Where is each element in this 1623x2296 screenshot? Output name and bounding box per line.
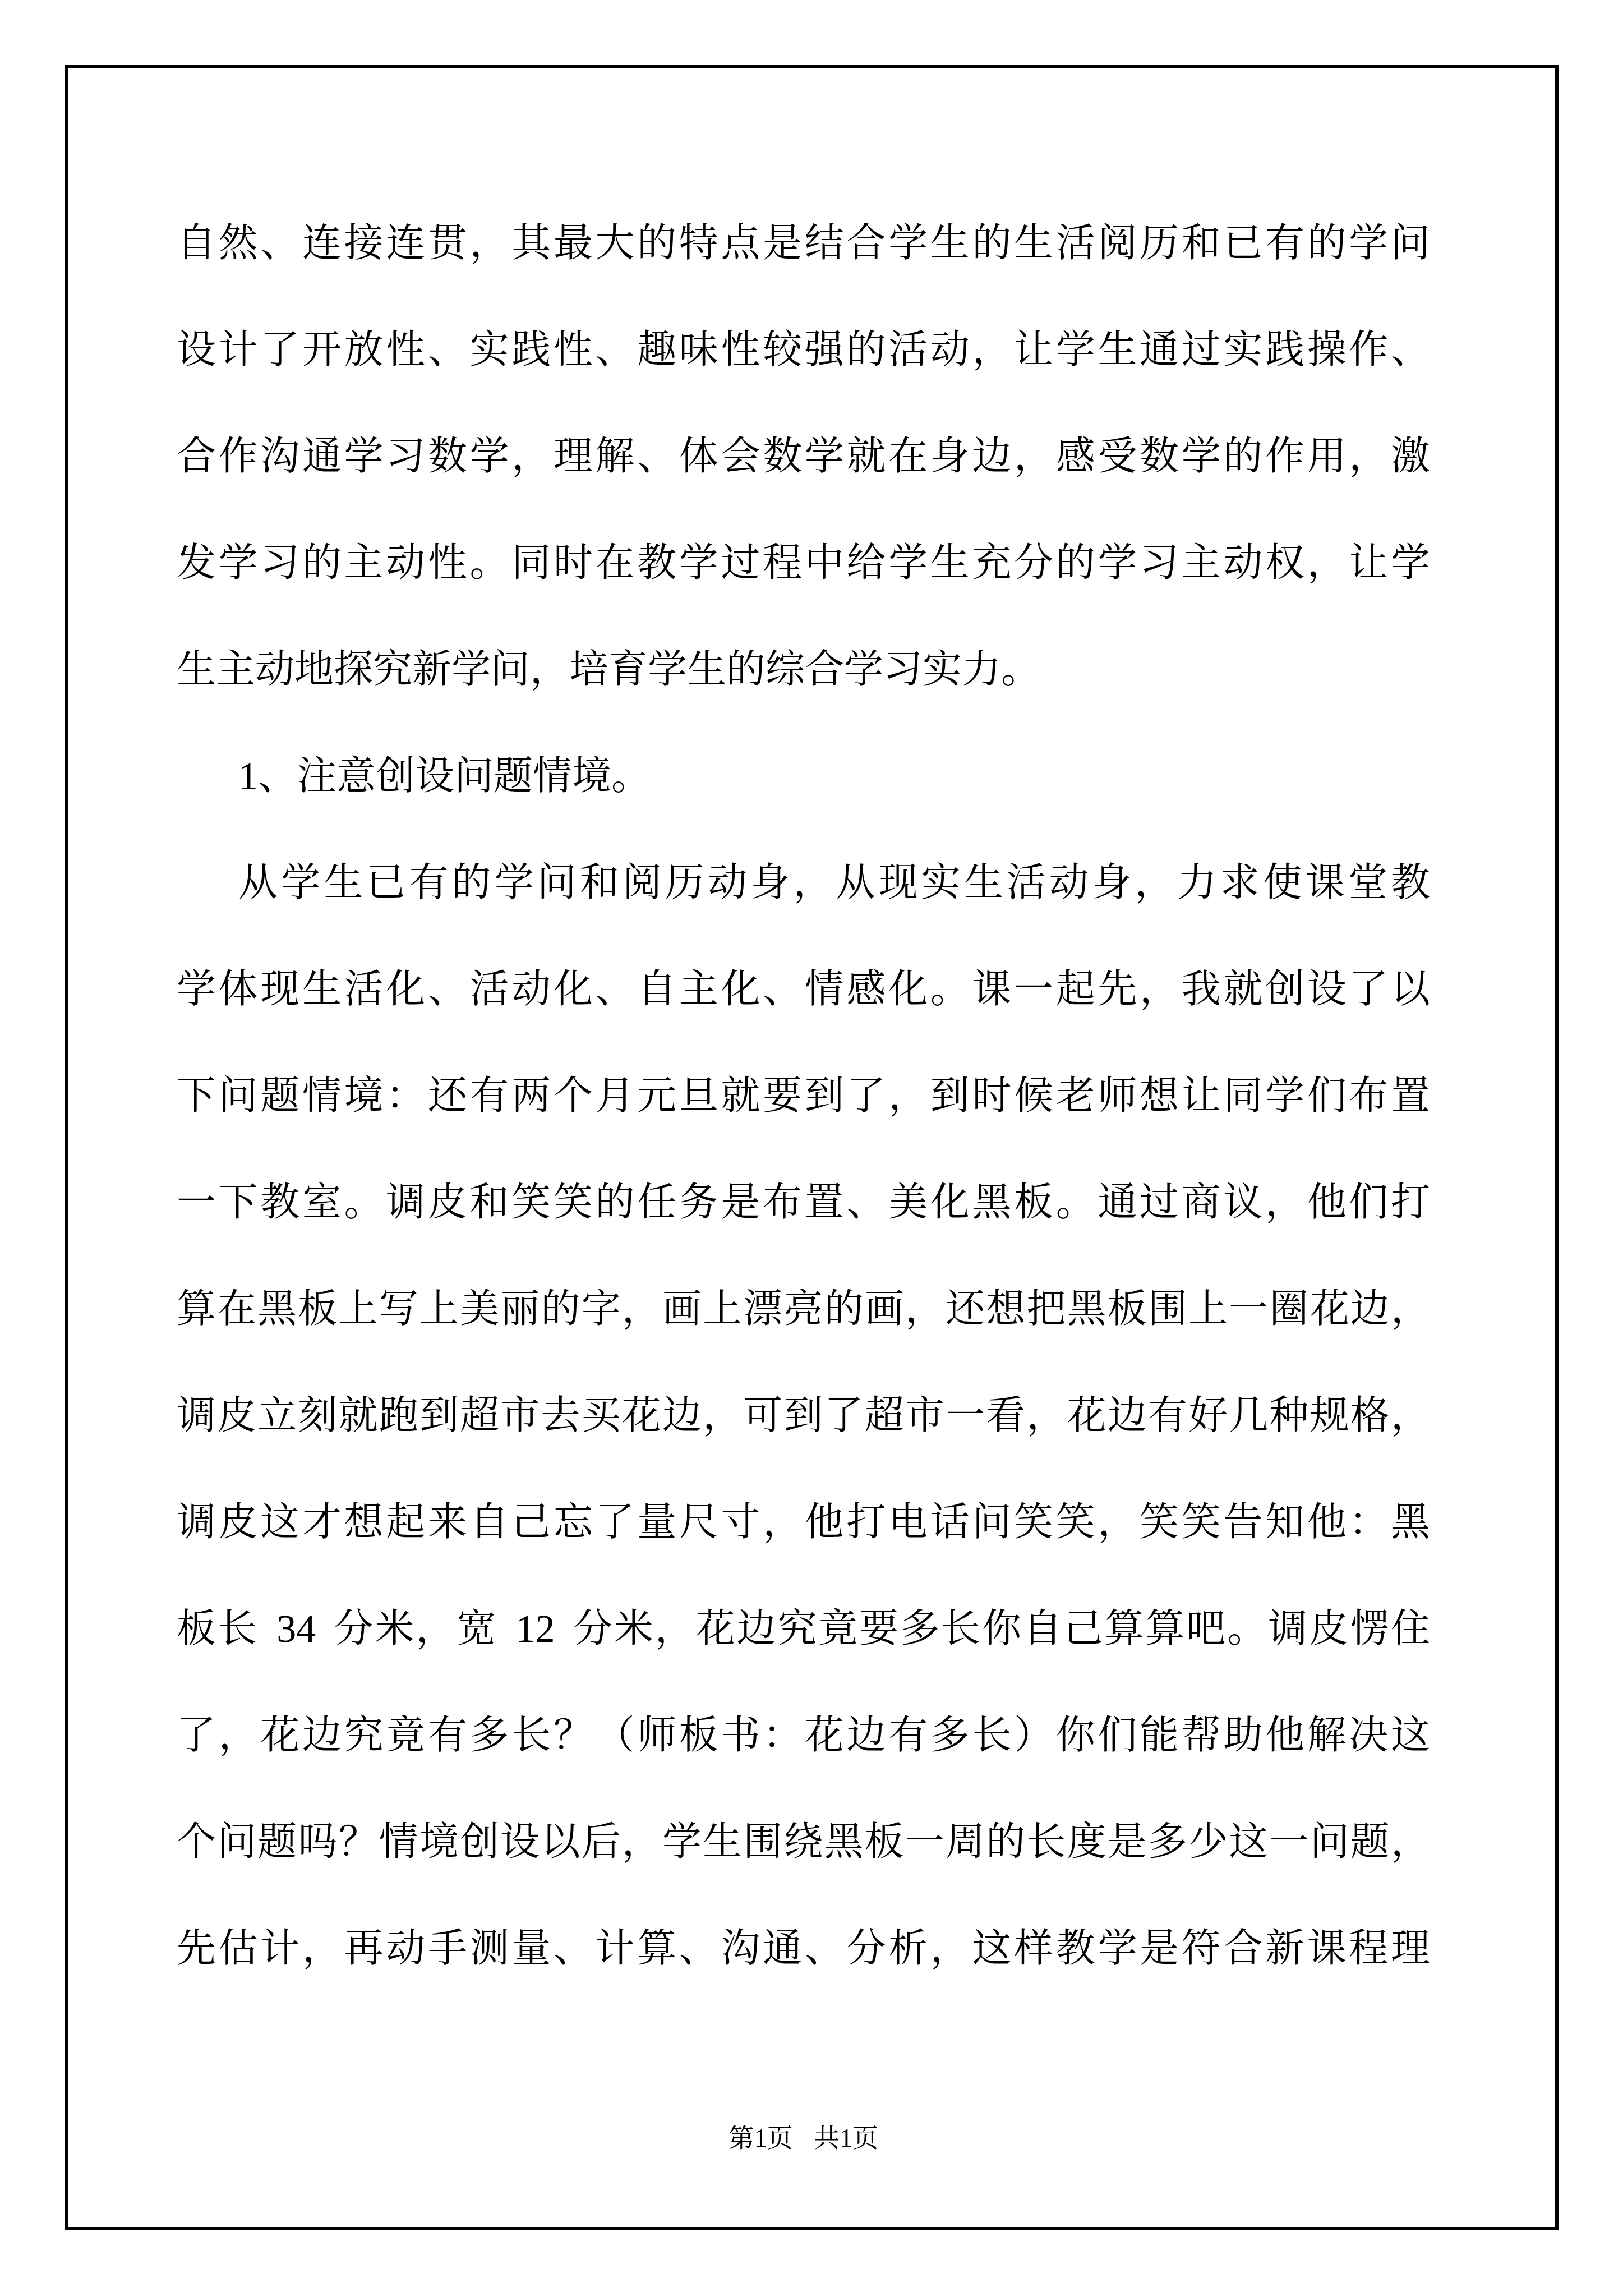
text-line: 个问题吗？情境创设以后，学生围绕黑板一周的长度是多少这一问题，	[177, 1789, 1430, 1896]
text-line: 一下教室。调皮和笑笑的任务是布置、美化黑板。通过商议，他们打	[177, 1150, 1430, 1257]
text-line: 设计了开放性、实践性、趣味性较强的活动，让学生通过实践操作、	[177, 297, 1430, 404]
text-line: 发学习的主动性。同时在教学过程中给学生充分的学习主动权，让学	[177, 510, 1430, 617]
document-body-text: 自然、连接连贯，其最大的特点是结合学生的生活阅历和已有的学问设计了开放性、实践性…	[177, 191, 1430, 2003]
text-line: 先估计，再动手测量、计算、沟通、分析，这样教学是符合新课程理	[177, 1896, 1430, 2003]
text-line: 1、注意创设问题情境。	[177, 724, 1430, 830]
text-line: 算在黑板上写上美丽的字，画上漂亮的画，还想把黑板围上一圈花边，	[177, 1257, 1430, 1363]
text-line: 调皮立刻就跑到超市去买花边，可到了超市一看，花边有好几种规格，	[177, 1363, 1430, 1470]
text-line: 自然、连接连贯，其最大的特点是结合学生的生活阅历和已有的学问	[177, 191, 1430, 297]
text-line: 合作沟通学习数学，理解、体会数学就在身边，感受数学的作用，激	[177, 404, 1430, 510]
page-number-footer: 第1页 共1页	[177, 2122, 1430, 2155]
text-line: 从学生已有的学问和阅历动身，从现实生活动身，力求使课堂教	[177, 830, 1430, 937]
text-line: 生主动地探究新学问，培育学生的综合学习实力。	[177, 617, 1430, 724]
text-line: 板长 34 分米，宽 12 分米，花边究竟要多长你自己算算吧。调皮愣住	[177, 1576, 1430, 1683]
text-line: 下问题情境：还有两个月元旦就要到了，到时候老师想让同学们布置	[177, 1043, 1430, 1150]
text-line: 了，花边究竟有多长？（师板书：花边有多长）你们能帮助他解决这	[177, 1683, 1430, 1789]
text-line: 学体现生活化、活动化、自主化、情感化。课一起先，我就创设了以	[177, 937, 1430, 1043]
text-line: 调皮这才想起来自己忘了量尺寸，他打电话问笑笑，笑笑告知他：黑	[177, 1470, 1430, 1576]
document-page: 自然、连接连贯，其最大的特点是结合学生的生活阅历和已有的学问设计了开放性、实践性…	[0, 0, 1623, 2296]
